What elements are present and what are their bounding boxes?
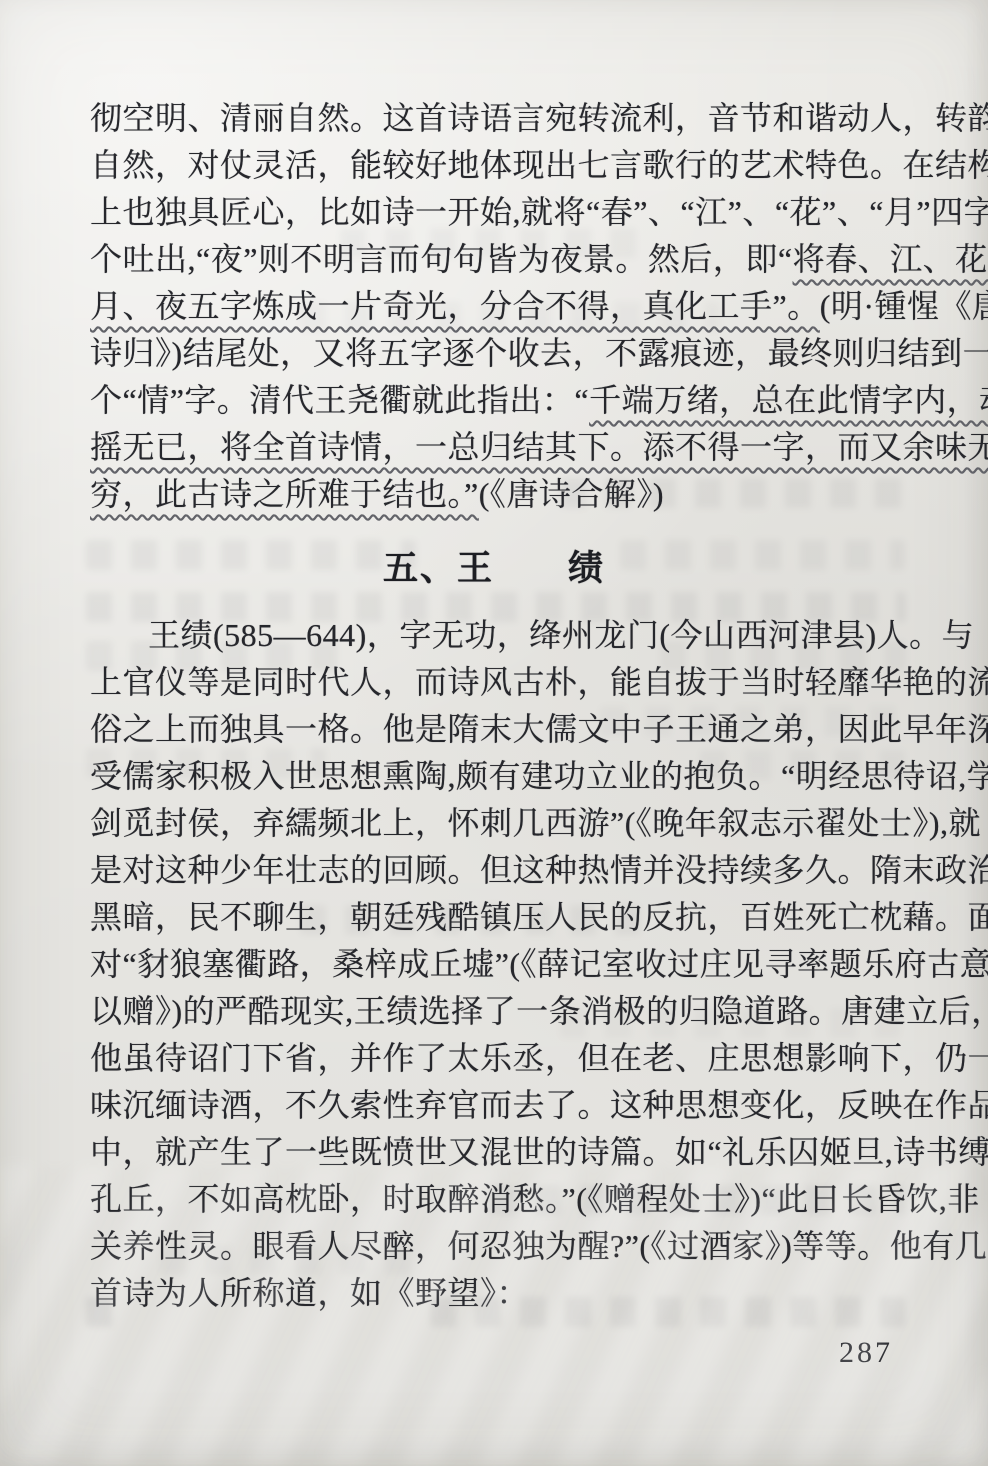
text-segment: 是对这种少年壮志的回顾。但这种热情并没持续多久。隋末政治: [90, 852, 988, 888]
text-segment: 上也独具匠心，比如诗一开始,就将“春”、“江”、“花”、“月”四字逐: [90, 194, 988, 230]
text-segment: 上官仪等是同时代人，而诗风古朴，能自拔于当时轻靡华艳的流: [90, 664, 988, 700]
text-line: 对“豺狼塞衢路，桑梓成丘墟”(《薛记室收过庄见寻率题乐府古意: [90, 941, 912, 988]
underlined-phrase: 摇无已，将全首诗情，一总归结其下。添不得一字，而又余味无: [90, 429, 988, 465]
text-line: 首诗为人所称道，如《野望》：: [90, 1270, 912, 1317]
text-line: 月、夜五字炼成一片奇光，分合不得，真化工手”。(明·锺惺《唐: [90, 283, 912, 330]
underlined-phrase: 千端万绪，总在此情字内，动: [589, 382, 988, 418]
page-number: 287: [839, 1336, 893, 1370]
text-line: 味沉缅诗酒，不久索性弃官而去了。这种思想变化，反映在作品: [90, 1082, 912, 1129]
underlined-phrase: 将春、江、花、: [793, 241, 988, 277]
text-segment: 黑暗，民不聊生，朝廷残酷镇压人民的反抗，百姓死亡枕藉。面: [90, 899, 988, 935]
text-line: 是对这种少年壮志的回顾。但这种热情并没持续多久。隋末政治: [90, 847, 912, 894]
text-segment: 孔丘，不如高枕卧，时取醉消愁。”(《赠程处士》)“此日长昏饮,非: [90, 1181, 980, 1217]
text-segment: 诗归》)结尾处，又将五字逐个收去，不露痕迹，最终则归结到一: [90, 335, 988, 371]
text-segment: 剑觅封侯，弃繻频北上，怀刺几西游”(《晚年叙志示翟处士》),就: [90, 805, 981, 841]
underlined-phrase: 月、夜五字炼成一片奇光，分合不得，真化工手”。: [90, 288, 820, 324]
text-line: 王绩(585—644)，字无功，绛州龙门(今山西河津县)人。与: [90, 612, 912, 659]
text-segment: 个“情”字。清代王尧衢就此指出：“: [90, 382, 589, 418]
text-segment: 首诗为人所称道，如《野望》：: [90, 1275, 529, 1311]
text-line: 个“情”字。清代王尧衢就此指出：“千端万绪，总在此情字内，动: [90, 377, 912, 424]
text-line: 个吐出,“夜”则不明言而句句皆为夜景。然后，即“将春、江、花、: [90, 236, 912, 283]
text-line: 受儒家积极入世思想熏陶,颇有建功立业的抱负。“明经思待诏,学: [90, 753, 912, 800]
text-segment: (明·锺惺《唐: [820, 288, 988, 324]
text-line: 诗归》)结尾处，又将五字逐个收去，不露痕迹，最终则归结到一: [90, 330, 912, 377]
text-line: 中，就产生了一些既愤世又混世的诗篇。如“礼乐囚姬旦,诗书缚: [90, 1129, 912, 1176]
text-segment: 以赠》)的严酷现实,王绩选择了一条消极的归隐道路。唐建立后，: [90, 993, 988, 1029]
text-segment: 味沉缅诗酒，不久索性弃官而去了。这种思想变化，反映在作品: [90, 1087, 988, 1123]
text-line: 彻空明、清丽自然。这首诗语言宛转流利，音节和谐动人，转韵: [90, 95, 912, 142]
text-line: 剑觅封侯，弃繻频北上，怀刺几西游”(《晚年叙志示翟处士》),就: [90, 800, 912, 847]
text-line: 上也独具匠心，比如诗一开始,就将“春”、“江”、“花”、“月”四字逐: [90, 189, 912, 236]
text-segment: 俗之上而独具一格。他是隋末大儒文中子王通之弟，因此早年深: [90, 711, 988, 747]
text-segment: 关养性灵。眼看人尽醉，何忍独为醒?”(《过酒家》)等等。他有几: [90, 1228, 987, 1264]
text-segment: 王绩(585—644)，字无功，绛州龙门(今山西河津县)人。与: [148, 617, 974, 653]
paragraph-continuation: 彻空明、清丽自然。这首诗语言宛转流利，音节和谐动人，转韵自然，对仗灵活，能较好地…: [90, 95, 912, 518]
text-line: 俗之上而独具一格。他是隋末大儒文中子王通之弟，因此早年深: [90, 706, 912, 753]
text-line: 上官仪等是同时代人，而诗风古朴，能自拔于当时轻靡华艳的流: [90, 659, 912, 706]
section-heading: 五、王 绩: [0, 546, 988, 592]
text-segment: 他虽待诏门下省，并作了太乐丞，但在老、庄思想影响下，仍一: [90, 1040, 988, 1076]
text-segment: 个吐出,“夜”则不明言而句句皆为夜景。然后，即“: [90, 241, 793, 277]
text-line: 摇无已，将全首诗情，一总归结其下。添不得一字，而又余味无: [90, 424, 912, 471]
text-line: 以赠》)的严酷现实,王绩选择了一条消极的归隐道路。唐建立后，: [90, 988, 912, 1035]
text-segment: 受儒家积极入世思想熏陶,颇有建功立业的抱负。“明经思待诏,学: [90, 758, 988, 794]
text-line: 关养性灵。眼看人尽醉，何忍独为醒?”(《过酒家》)等等。他有几: [90, 1223, 912, 1270]
text-segment: (《唐诗合解》): [479, 476, 664, 512]
text-line: 穷，此古诗之所难于结也。”(《唐诗合解》): [90, 471, 912, 518]
text-line: 黑暗，民不聊生，朝廷残酷镇压人民的反抗，百姓死亡枕藉。面: [90, 894, 912, 941]
paragraph-biography: 王绩(585—644)，字无功，绛州龙门(今山西河津县)人。与上官仪等是同时代人…: [90, 612, 912, 1317]
text-segment: 中，就产生了一些既愤世又混世的诗篇。如“礼乐囚姬旦,诗书缚: [90, 1134, 988, 1170]
text-segment: 彻空明、清丽自然。这首诗语言宛转流利，音节和谐动人，转韵: [90, 100, 988, 136]
scanned-book-page: 彻空明、清丽自然。这首诗语言宛转流利，音节和谐动人，转韵自然，对仗灵活，能较好地…: [0, 0, 988, 1466]
text-line: 他虽待诏门下省，并作了太乐丞，但在老、庄思想影响下，仍一: [90, 1035, 912, 1082]
underlined-phrase: 穷，此古诗之所难于结也。”: [90, 476, 479, 512]
text-segment: 对“豺狼塞衢路，桑梓成丘墟”(《薛记室收过庄见寻率题乐府古意: [90, 946, 988, 982]
text-segment: 自然，对仗灵活，能较好地体现出七言歌行的艺术特色。在结构: [90, 147, 988, 183]
text-line: 自然，对仗灵活，能较好地体现出七言歌行的艺术特色。在结构: [90, 142, 912, 189]
text-line: 孔丘，不如高枕卧，时取醉消愁。”(《赠程处士》)“此日长昏饮,非: [90, 1176, 912, 1223]
